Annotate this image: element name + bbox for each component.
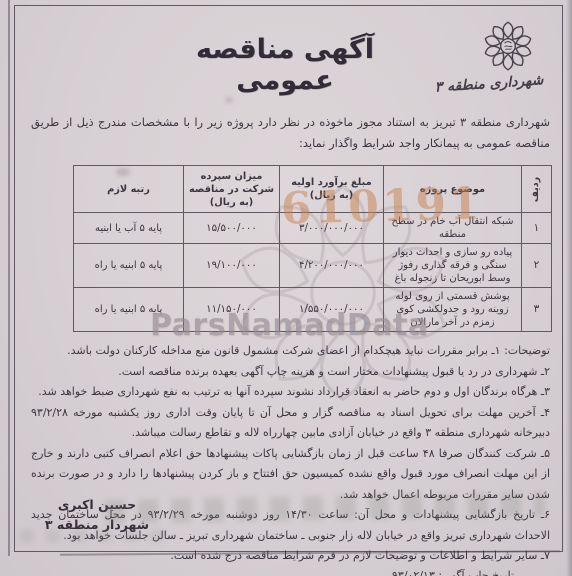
note-line: ۳ـ هرگاه برندگان اول و دوم حاضر به انعقا… bbox=[31, 382, 550, 403]
cell-rank: پایه ۵ ابنیه یا راه bbox=[74, 244, 184, 288]
note-line: ۲ـ شهرداری در رد یا قبول پیشنهادات مختار… bbox=[31, 362, 550, 383]
note-line: ۷ـ سایر شرایط و اطلاعات و توضیحات لازم د… bbox=[31, 546, 550, 567]
cell-estimate: ۳/۰۰۰/۰۰۰/۰۰۰ bbox=[280, 213, 384, 244]
intro-paragraph: شهرداری منطقه ۳ تبریز به استناد مجوز ماخ… bbox=[31, 112, 550, 154]
logo-caption: شهرداری منطقه ۳ bbox=[424, 71, 555, 96]
note-line: ۴ـ آخرین مهلت برای تحویل اسناد به مناقصه… bbox=[31, 403, 550, 444]
header-deposit: میزان سپرده شرکت در مناقصه (به ریال) bbox=[184, 166, 280, 213]
municipality-logo-icon bbox=[480, 18, 536, 74]
cell-deposit: ۱۵/۵۰۰/۰۰۰ bbox=[184, 213, 280, 244]
print-date-value: ۹۳/۰۲/۱۳ bbox=[392, 569, 435, 576]
table-row: ۳ پوشش قسمتی از روی لوله زوینه رود و جدو… bbox=[74, 288, 552, 332]
signature-block: حسین اکبری شهردار منطقه ۳ bbox=[39, 495, 155, 535]
cell-row-no: ۳ bbox=[522, 288, 552, 332]
notice-title: آگهی مناقصه عمومی bbox=[155, 34, 415, 96]
cell-rank: پایه ۵ ابنیه یا راه bbox=[74, 288, 184, 332]
notice-header: آگهی مناقصه عمومی شهرداری منطقه ۳ bbox=[15, 6, 562, 108]
note-line: توضیحات: ۱ـ برابر مقررات نباید هیچکدام ا… bbox=[31, 341, 550, 362]
scanned-tender-notice: آگهی مناقصه عمومی شهرداری منطقه ۳ bbox=[0, 0, 572, 576]
scan-smudge bbox=[225, 97, 233, 103]
signer-name: حسین اکبری bbox=[39, 495, 155, 515]
cell-row-no: ۱ bbox=[522, 213, 552, 244]
cell-subject: پیاده رو سازی و احداث دیوار سنگی و فرقه … bbox=[384, 244, 522, 288]
cell-subject: شبکه انتقال آب خام در سطح منطقه bbox=[384, 213, 522, 244]
cell-subject: پوشش قسمتی از روی لوله زوینه رود و جدولک… bbox=[384, 288, 522, 332]
tender-table: ردیف موضوع پروژه مبلغ برآورد اولیه (به ر… bbox=[73, 165, 552, 332]
print-date-line: تاریخ چاپ آگهی: ۹۳/۰۲/۱۳ bbox=[31, 569, 514, 576]
table-row: ۱ شبکه انتقال آب خام در سطح منطقه ۳/۰۰۰/… bbox=[74, 213, 552, 244]
header-subject: موضوع پروژه bbox=[384, 166, 522, 213]
table-header-row: ردیف موضوع پروژه مبلغ برآورد اولیه (به ر… bbox=[74, 166, 552, 213]
header-row-no: ردیف bbox=[522, 166, 552, 213]
table-row: ۲ پیاده رو سازی و احداث دیوار سنگی و فرق… bbox=[74, 244, 552, 288]
cell-deposit: ۱۱/۱۵۰/۰۰۰ bbox=[184, 288, 280, 332]
notice-border: آگهی مناقصه عمومی شهرداری منطقه ۳ bbox=[14, 5, 563, 552]
header-estimate: مبلغ برآورد اولیه (به ریال) bbox=[280, 166, 384, 213]
scan-smudge bbox=[116, 168, 130, 176]
cell-estimate: ۱/۵۵۰/۰۰۰/۰۰۰ bbox=[280, 288, 384, 332]
table-body: ۱ شبکه انتقال آب خام در سطح منطقه ۳/۰۰۰/… bbox=[74, 213, 552, 332]
signer-title: شهردار منطقه ۳ bbox=[39, 515, 155, 535]
cell-rank: پایه ۵ آب یا ابنیه bbox=[74, 213, 184, 244]
page-edge-line bbox=[8, 0, 10, 556]
cell-estimate: ۴/۲۰۰/۰۰۰/۰۰۰ bbox=[280, 244, 384, 288]
page-edge-shadow bbox=[566, 0, 572, 576]
cell-row-no: ۲ bbox=[522, 244, 552, 288]
print-date-label: تاریخ چاپ آگهی: bbox=[438, 569, 514, 576]
cell-deposit: ۱۹/۱۰۰/۰۰۰ bbox=[184, 244, 280, 288]
